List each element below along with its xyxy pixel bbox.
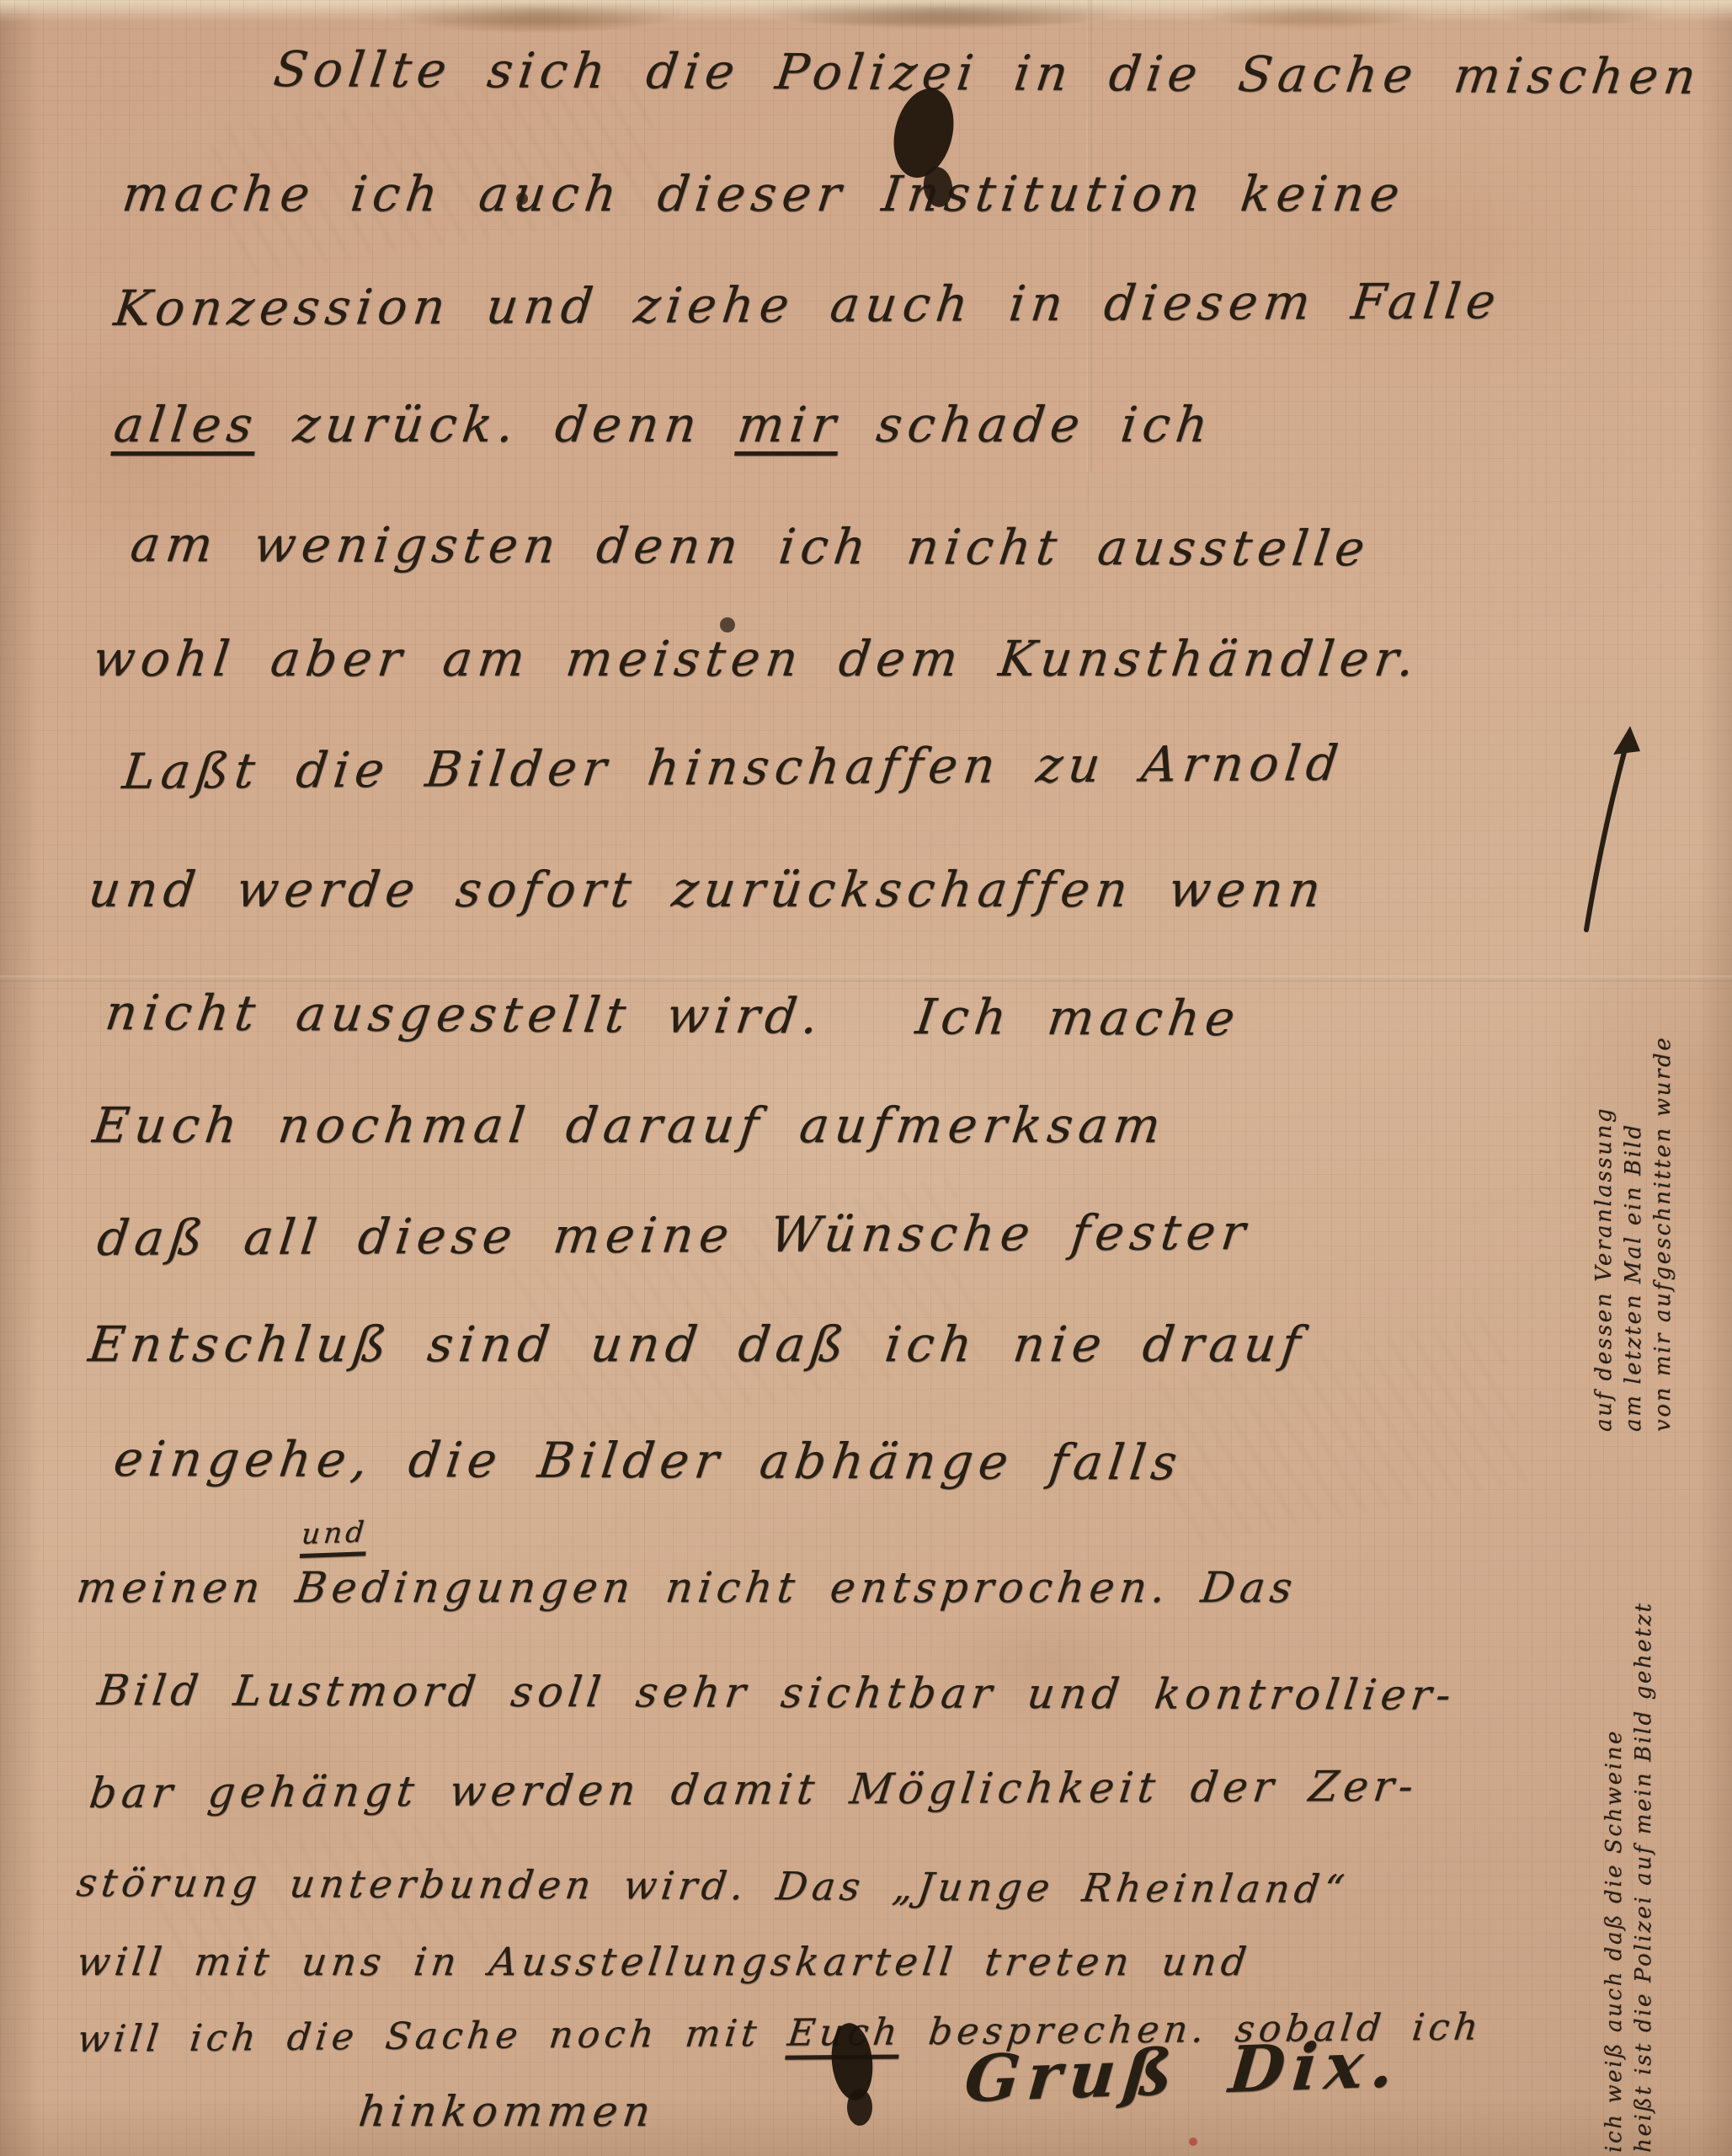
- letter-line: störung unterbunden wird. Das „Junge Rhe…: [74, 1860, 1351, 1912]
- letter-text: wohl aber am meisten dem Kunsthändler.: [90, 630, 1424, 687]
- letter-text: mache ich auch dieser Institution keine: [120, 165, 1409, 222]
- letter-text: Entschluß sind und daß ich nie drauf: [86, 1315, 1309, 1373]
- letter-text: Euch: [786, 2010, 904, 2054]
- letter-text: Gruß Dix.: [962, 2026, 1404, 2116]
- letter-line: Sollte sich die Polizei in die Sache mis…: [270, 40, 1705, 105]
- letter-line: Entschluß sind und daß ich nie drauf: [86, 1315, 1309, 1373]
- letter-line: am wenigsten denn ich nicht ausstelle: [127, 515, 1373, 577]
- margin-note-line: von mir aufgeschnitten wurde: [1649, 1036, 1678, 1432]
- letter-text: nicht ausgestellt wird.: [102, 984, 827, 1044]
- margin-note-upper: auf dessen Veranlassungam letzten Mal ei…: [1590, 1036, 1678, 1432]
- letter-text: Konzession und ziehe auch in diesem Fall…: [111, 272, 1505, 337]
- letter-text: Bild Lustmord soll sehr sichtbar und kon…: [95, 1666, 1459, 1720]
- letter-line: Bild Lustmord soll sehr sichtbar und kon…: [95, 1666, 1459, 1720]
- letter-line: nicht ausgestellt wird.Ich mache: [102, 984, 1244, 1047]
- letter-line: daß all diese meine Wünsche fester: [94, 1203, 1254, 1267]
- letter-text: hinkommen: [356, 2087, 658, 2136]
- margin-arrow-icon: [1586, 726, 1640, 930]
- letter-text: zurück. denn: [254, 396, 742, 453]
- letter-text: meinen Bedingungen nicht entsprochen. Da…: [74, 1563, 1300, 1612]
- letter-line: eingehe, die Bilder abhänge falls: [110, 1430, 1186, 1491]
- margin-note-line: am letzten Mal ein Bild: [1619, 1036, 1649, 1432]
- letter-text: Sollte sich die Polizei in die Sache mis…: [270, 40, 1705, 105]
- letter-line: mache ich auch dieser Institution keine: [120, 165, 1409, 222]
- letter-line: Laßt die Bilder hinschaffen zu Arnold: [120, 734, 1346, 800]
- letter-line: Euch nochmal darauf aufmerksam: [90, 1097, 1170, 1154]
- letter-text: eingehe, die Bilder abhänge falls: [110, 1430, 1186, 1491]
- letter-text: will mit uns in Ausstellungskartell tret…: [74, 1939, 1253, 1984]
- letter-line: Gruß Dix.: [962, 2026, 1404, 2116]
- letter-line: meinen Bedingungen nicht entsprochen. Da…: [74, 1563, 1300, 1612]
- letter-text: daß all diese meine Wünsche fester: [94, 1203, 1254, 1267]
- letter-line: alles zurück. denn mir schade ich: [111, 396, 1218, 453]
- letter-page: Sollte sich die Polizei in die Sache mis…: [0, 0, 1732, 2156]
- margin-note-line: ich weiß auch daß die Schweine: [1600, 1601, 1629, 2153]
- letter-line: Konzession und ziehe auch in diesem Fall…: [111, 272, 1505, 337]
- letter-text: mir: [734, 396, 845, 453]
- letter-text: will ich die Sache noch mit: [75, 2012, 791, 2061]
- letter-text: bar gehängt werden damit Möglichkeit der…: [87, 1762, 1420, 1817]
- letter-text: alles: [111, 396, 262, 453]
- letter-line: und werde sofort zurückschaffen wenn: [86, 861, 1330, 918]
- margin-note-lower: ich weiß auch daß die Schweineheißt ist …: [1600, 1601, 1659, 2153]
- letter-line: bar gehängt werden damit Möglichkeit der…: [87, 1762, 1420, 1817]
- red-speck: [1189, 2137, 1197, 2146]
- letter-text: und: [300, 1515, 369, 1551]
- margin-note-line: auf dessen Veranlassung: [1590, 1036, 1619, 1432]
- letter-line: hinkommen: [356, 2087, 658, 2136]
- letter-line: will mit uns in Ausstellungskartell tret…: [74, 1939, 1253, 1984]
- letter-text: Euch nochmal darauf aufmerksam: [90, 1097, 1170, 1154]
- letter-line: und: [300, 1515, 369, 1551]
- margin-note-line: heißt ist die Polizei auf mein Bild gehe…: [1629, 1601, 1659, 2153]
- horizontal-fold-crease: [0, 975, 1732, 982]
- letter-line: wohl aber am meisten dem Kunsthändler.: [90, 630, 1424, 687]
- letter-text: schade ich: [838, 396, 1218, 453]
- letter-text: störung unterbunden wird. Das „Junge Rhe…: [74, 1860, 1351, 1912]
- letter-text: am wenigsten denn ich nicht ausstelle: [127, 515, 1373, 577]
- letter-text: Laßt die Bilder hinschaffen zu Arnold: [120, 734, 1346, 800]
- letter-text: und werde sofort zurückschaffen wenn: [86, 861, 1330, 918]
- letter-text: Ich mache: [913, 988, 1244, 1047]
